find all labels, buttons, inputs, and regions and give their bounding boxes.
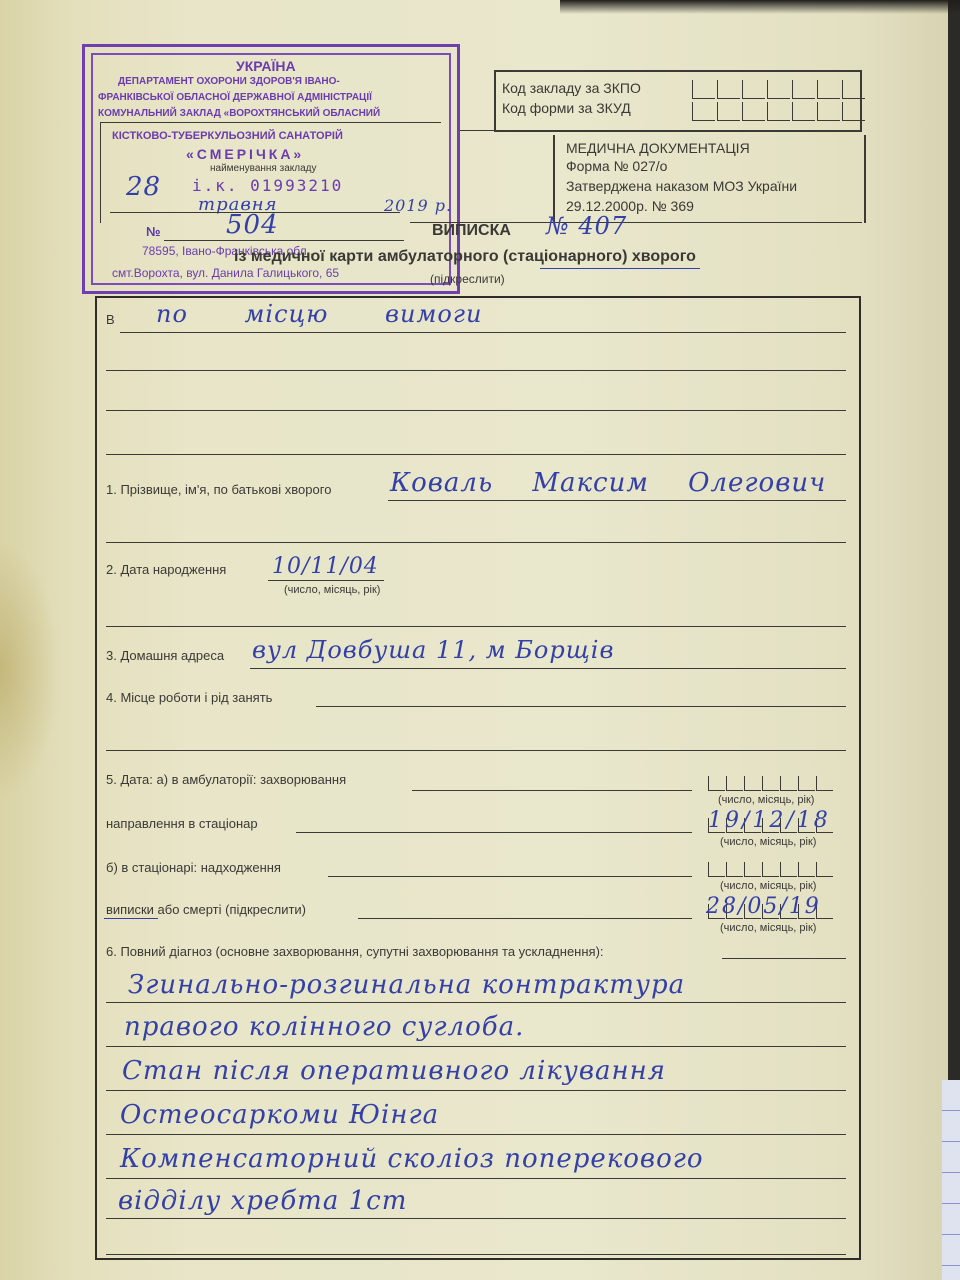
- subtitle-note: (підкреслити): [430, 272, 505, 286]
- work-line: [316, 706, 846, 707]
- notebook-edge: [942, 1080, 960, 1280]
- month-line: [180, 212, 400, 213]
- document-sheet: УКРАЇНА ДЕПАРТАМЕНТ ОХОРОНИ ЗДОРОВ'Я ІВА…: [0, 0, 948, 1280]
- document-number: № 407: [546, 212, 627, 240]
- admission-line: [328, 876, 692, 877]
- discharge-underline: [104, 918, 158, 919]
- admission-label: б) в стаціонарі: надходження: [106, 860, 281, 875]
- code-zkpo-label: Код закладу за ЗКПО: [502, 80, 641, 96]
- issue-day: 28: [126, 172, 161, 202]
- ambul-date-cells: [708, 776, 834, 791]
- diagnosis-rule-6: [106, 1218, 846, 1219]
- dob-caption: (число, місяць, рік): [284, 584, 380, 596]
- name-value: Коваль Максим Олегович: [390, 468, 826, 498]
- discharge-label: виписки або смерті (підкреслити): [106, 902, 306, 917]
- document-title: ВИПИСКА: [432, 222, 511, 240]
- diagnosis-rule-4: [106, 1134, 846, 1135]
- diagnosis-line: Згинально-розгинальна контрактура: [128, 970, 685, 1000]
- stamp-line-3: КОМУНАЛЬНИЙ ЗАКЛАД «ВОРОХТЯНСЬКИЙ ОБЛАСН…: [98, 108, 380, 119]
- to-line-2: [106, 370, 846, 371]
- stamp-line-4: КІСТКОВО-ТУБЕРКУЛЬОЗНИЙ САНАТОРІЙ: [112, 130, 343, 142]
- discharge-line: [358, 918, 692, 919]
- issue-year: 2019 р.: [384, 196, 452, 215]
- day-line: [110, 212, 190, 213]
- stamp-line-5: «СМЕРІЧКА»: [186, 146, 304, 162]
- address-line: [250, 668, 846, 669]
- diagnosis-rule-7: [106, 1254, 846, 1255]
- discharge-date-caption: (число, місяць, рік): [720, 922, 816, 934]
- to-line: [120, 332, 846, 333]
- med-doc-title: МЕДИЧНА ДОКУМЕНТАЦІЯ: [566, 140, 750, 156]
- background-edge: [560, 0, 960, 14]
- diagnosis-rule-2: [106, 1046, 846, 1047]
- diagnosis-line: правого колінного суглоба.: [124, 1012, 524, 1042]
- diagnosis-rule-1: [106, 1002, 846, 1003]
- ambul-date-caption: (число, місяць, рік): [718, 794, 814, 806]
- ambul-line: [412, 790, 692, 791]
- diagnosis-line-0: [722, 958, 846, 959]
- to-label: В: [106, 312, 115, 327]
- stamp-address-2: смт.Ворохта, вул. Данила Галицького, 65: [112, 266, 339, 280]
- zkpo-code-cells: [692, 80, 867, 99]
- number-value: 504: [226, 210, 279, 240]
- diagnosis-line: відділу хребта 1ст: [118, 1186, 407, 1216]
- stamp-line-2: ФРАНКІВСЬКОЇ ОБЛАСНОЇ ДЕРЖАВНОЇ АДМІНІСТ…: [98, 92, 372, 103]
- header-rule: [460, 130, 862, 131]
- zkud-code-cells: [692, 102, 867, 121]
- document-subtitle: із медичної карти амбулаторного (стаціон…: [234, 248, 696, 266]
- diagnosis-line: Компенсаторний сколіоз поперекового: [120, 1144, 704, 1174]
- dob-label: 2. Дата народження: [106, 562, 226, 577]
- referral-line: [296, 832, 692, 833]
- address-value: вул Довбуша 11, м Борщів: [252, 636, 614, 664]
- stamp-country: УКРАЇНА: [236, 58, 296, 74]
- dates-label: 5. Дата: а) в амбулаторії: захворювання: [106, 772, 346, 787]
- approved-line-1: Затверджена наказом МОЗ України: [566, 178, 797, 194]
- dob-line: [268, 580, 384, 581]
- referral-date-caption: (число, місяць, рік): [720, 836, 816, 848]
- to-line-3: [106, 410, 846, 411]
- admission-date-caption: (число, місяць, рік): [720, 880, 816, 892]
- diagnosis-line: Остеосаркоми Юінга: [120, 1100, 439, 1130]
- referral-label: направлення в стаціонар: [106, 816, 258, 831]
- diagnosis-rule-3: [106, 1090, 846, 1091]
- diagnosis-line: Стан після оперативного лікування: [122, 1056, 666, 1086]
- discharge-date: 28/05/19: [706, 894, 821, 919]
- number-label: №: [146, 224, 161, 239]
- admission-date-cells: [708, 862, 834, 877]
- dob-value: 10/11/04: [272, 554, 379, 579]
- diagnosis-label: 6. Повний діагноз (основне захворювання,…: [106, 944, 604, 959]
- to-value: по місцю вимоги: [156, 300, 482, 328]
- stationary-underline: [540, 268, 700, 269]
- to-line-4: [106, 454, 846, 455]
- form-number: Форма № 027/о: [566, 158, 667, 174]
- work-line-2: [106, 750, 846, 751]
- stamp-line-1: ДЕПАРТАМЕНТ ОХОРОНИ ЗДОРОВ'Я ІВАНО-: [118, 76, 340, 87]
- code-zkud-label: Код форми за ЗКУД: [502, 100, 631, 116]
- name-line: [388, 500, 846, 501]
- number-line: [164, 240, 404, 241]
- work-label: 4. Місце роботи і рід занять: [106, 690, 272, 705]
- stamp-code: і.к. 01993210: [192, 176, 343, 195]
- diagnosis-rule-5: [106, 1178, 846, 1179]
- dob-line-2: [106, 626, 846, 627]
- referral-date: 19/12/18: [708, 808, 831, 833]
- name-line-2: [106, 542, 846, 543]
- institution-caption: найменування закладу: [210, 163, 317, 174]
- name-label: 1. Прізвище, ім'я, по батькові хворого: [106, 482, 331, 497]
- address-label: 3. Домашня адреса: [106, 648, 224, 663]
